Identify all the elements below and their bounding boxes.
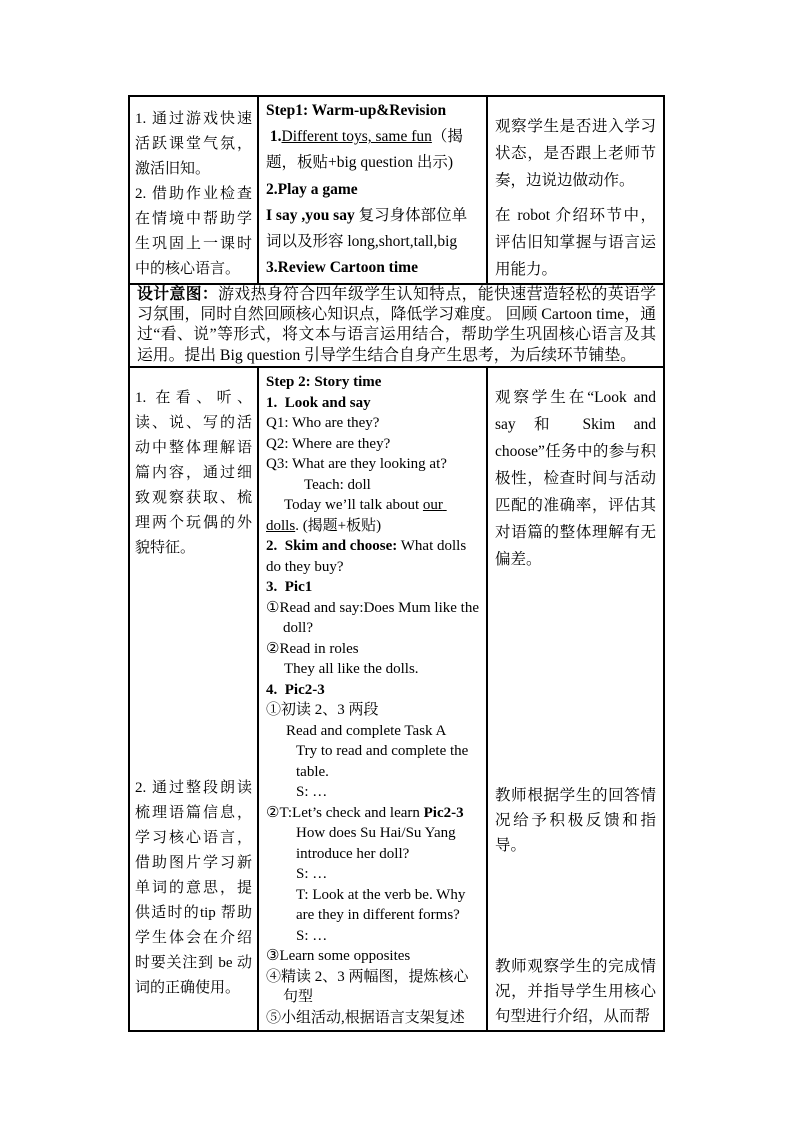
paragraph: 2. 借助作业检查在情境中帮助学生巩固上一课时中的核心语言。	[135, 182, 252, 282]
text-run: 设计意图：	[137, 286, 218, 303]
text-run: They all like the dolls.	[284, 661, 419, 677]
text-run: T: Look at the verb be. Why are they in …	[296, 887, 469, 924]
cell-learning-activities-step1: 1. 通过游戏快速活跃课堂气氛，激活旧知。2. 借助作业检查在情境中帮助学生巩固…	[130, 97, 259, 285]
cell-evaluation-step2: 观察学生在“Look and say 和 Skim and choose”任务中…	[488, 368, 663, 1030]
paragraph: I say ,you say 复习身体部位单词以及形容 long,short,t…	[266, 203, 479, 255]
paragraph: Q2: Where are they?	[266, 434, 479, 455]
paragraph: Today we’ll talk about our dolls. (揭题+板贴…	[266, 495, 479, 536]
paragraph: Q1: Who are they?	[266, 413, 479, 434]
paragraph: Teach: doll	[266, 475, 479, 496]
paragraph: Q3: What are they looking at?	[266, 454, 479, 475]
text-run: Read and complete Task A	[286, 723, 446, 739]
text-run: 1. Look and say	[266, 395, 371, 411]
text-run: 1. 通过游戏快速活跃课堂气氛，激活旧知。	[135, 111, 252, 177]
cell-learning-activities-step2: 1. 在看、听、读、说、写的活动中整体理解语篇内容，通过细致观察获取、梳理两个玩…	[130, 368, 259, 1030]
paragraph: ①初读 2、3 两段	[266, 700, 479, 721]
paragraph: 教师根据学生的回答情况给予积极反馈和指导。	[495, 783, 656, 858]
paragraph: 教师观察学生的完成情况，并指导学生用核心句型进行介绍，从而帮	[495, 954, 656, 1029]
text-run: 2. 借助作业检查在情境中帮助学生巩固上一课时中的核心语言。	[135, 186, 252, 277]
paragraph: ④精读 2、3 两幅图，提炼核心句型	[266, 967, 479, 1008]
text-run: I say ,you say	[266, 207, 355, 224]
text-run: How does Su Hai/Su Yang introduce her do…	[296, 825, 459, 862]
paragraph: 观察学生是否进入学习状态，是否跟上老师节奏，边说边做动作。	[495, 113, 656, 194]
lesson-plan-table: 1. 通过游戏快速活跃课堂气氛，激活旧知。2. 借助作业检查在情境中帮助学生巩固…	[128, 95, 665, 1032]
text-run: Step 2: Story time	[266, 374, 381, 390]
paragraph: 4. Pic2-3	[266, 680, 479, 701]
text-run: Teach: doll	[304, 477, 371, 493]
paragraph: 1. 在看、听、读、说、写的活动中整体理解语篇内容，通过细致观察获取、梳理两个玩…	[135, 386, 252, 561]
paragraph: S: …	[266, 782, 479, 803]
text-run: Q3: What are they looking at?	[266, 456, 447, 472]
paragraph: They all like the dolls.	[266, 659, 479, 680]
cell-evaluation-step1: 观察学生是否进入学习状态，是否跟上老师节奏，边说边做动作。在 robot 介绍环…	[488, 97, 663, 285]
paragraph: T: Look at the verb be. Why are they in …	[266, 885, 479, 926]
paragraph: ③Learn some opposites	[266, 946, 479, 967]
paragraph: How does Su Hai/Su Yang introduce her do…	[266, 823, 479, 864]
text-run: 观察学生是否进入学习状态，是否跟上老师节奏，边说边做动作。	[495, 118, 656, 189]
paragraph: Read and complete Task A	[266, 721, 479, 742]
text-run: ⑤小组活动,根据语言支架复述	[266, 1010, 465, 1026]
text-run: 3. Pic1	[266, 579, 312, 595]
text-run: ①Read and say:Does Mum like the doll?	[266, 600, 483, 637]
paragraph: 在 robot 介绍环节中，评估旧知掌握与语言运用能力。	[495, 202, 656, 283]
paragraph: S: …	[266, 864, 479, 885]
paragraph: 观察学生在“Look and say 和 Skim and choose”任务中…	[495, 384, 656, 573]
paragraph: 3.Review Cartoon time	[266, 255, 479, 281]
text-run: 2. 通过整段朗读梳理语篇信息，学习核心语言，借助图片学习新单词的意思，提供适时…	[135, 780, 252, 996]
paragraph: Try to read and complete the table.	[266, 741, 479, 782]
text-run: 2.Play a game	[266, 181, 358, 198]
document-page: 1. 通过游戏快速活跃课堂气氛，激活旧知。2. 借助作业检查在情境中帮助学生巩固…	[0, 0, 793, 1122]
paragraph: 2. Skim and choose: What dolls do they b…	[266, 536, 479, 577]
paragraph: ①Read and say:Does Mum like the doll?	[266, 598, 479, 639]
paragraph: Step 2: Story time	[266, 372, 479, 393]
paragraph: Step1: Warm-up&Revision	[266, 98, 479, 124]
cell-teaching-process-step1: Step1: Warm-up&Revision 1.Different toys…	[259, 97, 488, 285]
text-run: ②T:Let’s check and learn	[266, 805, 424, 821]
text-run: Step1: Warm-up&Revision	[266, 102, 446, 119]
paragraph: 1.Different toys, same fun（揭题，板贴+big que…	[266, 124, 479, 176]
paragraph: 3. Pic1	[266, 577, 479, 598]
cell-design-intent: 设计意图：游戏热身符合四年级学生认知特点，能快速营造轻松的英语学习氛围，同时自然…	[130, 285, 663, 368]
paragraph: S: …	[266, 926, 479, 947]
text-run: Different toys, same fun	[282, 128, 432, 145]
text-run: Pic2-3	[424, 805, 464, 821]
text-run: . (揭题+板贴)	[295, 518, 381, 534]
text-run: ③Learn some opposites	[266, 948, 410, 964]
text-run: 在 robot 介绍环节中，评估旧知掌握与语言运用能力。	[495, 207, 656, 278]
paragraph: ②Read in roles	[266, 639, 479, 660]
text-run: Try to read and complete the table.	[296, 743, 472, 780]
text-run: ②Read in roles	[266, 641, 359, 657]
paragraph: 1. Look and say	[266, 393, 479, 414]
text-run: S: …	[296, 784, 327, 800]
paragraph: 2. 通过整段朗读梳理语篇信息，学习核心语言，借助图片学习新单词的意思，提供适时…	[135, 776, 252, 1001]
paragraph: 2.Play a game	[266, 177, 479, 203]
text-run: 观察学生在“Look and say 和 Skim and choose”任务中…	[495, 389, 656, 568]
text-run: ①初读 2、3 两段	[266, 702, 379, 718]
text-run: 1.	[266, 128, 282, 145]
text-run: 3.Review Cartoon time	[266, 259, 418, 276]
text-run: 2. Skim and choose:	[266, 538, 397, 554]
paragraph: 设计意图：游戏热身符合四年级学生认知特点，能快速营造轻松的英语学习氛围，同时自然…	[137, 285, 656, 366]
text-run: 4. Pic2-3	[266, 682, 325, 698]
text-run: Q1: Who are they?	[266, 415, 379, 431]
paragraph: ⑤小组活动,根据语言支架复述	[266, 1008, 479, 1029]
text-run: S: …	[296, 866, 327, 882]
text-run: 教师根据学生的回答情况给予积极反馈和指导。	[495, 787, 656, 854]
text-run: 教师观察学生的完成情况，并指导学生用核心句型进行介绍，从而帮	[495, 958, 656, 1025]
text-run: Q2: Where are they?	[266, 436, 390, 452]
text-run: ④精读 2、3 两幅图，提炼核心句型	[266, 969, 469, 1006]
paragraph: 1. 通过游戏快速活跃课堂气氛，激活旧知。	[135, 107, 252, 182]
paragraph: ②T:Let’s check and learn Pic2-3	[266, 803, 479, 824]
cell-teaching-process-step2: Step 2: Story time1. Look and sayQ1: Who…	[259, 368, 488, 1030]
text-run: 1. 在看、听、读、说、写的活动中整体理解语篇内容，通过细致观察获取、梳理两个玩…	[135, 390, 252, 556]
text-run: S: …	[296, 928, 327, 944]
text-run: Today we’ll talk about	[284, 497, 423, 513]
